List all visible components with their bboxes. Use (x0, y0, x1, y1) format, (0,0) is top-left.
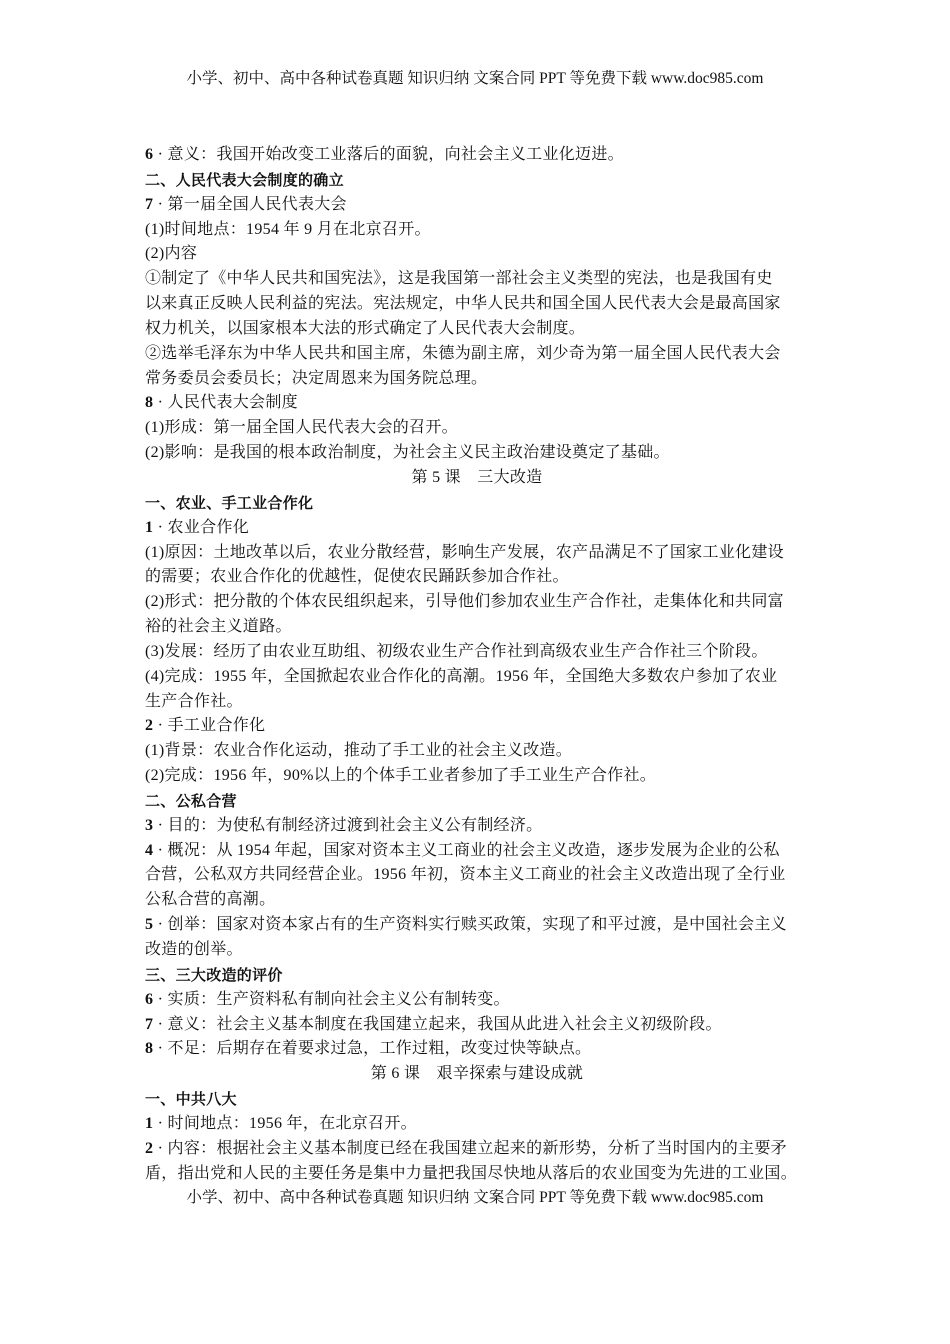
numbered-item: 2 · 内容：根据社会主义基本制度已经在我国建立起来的新形势，分析了当时国内的主… (145, 1137, 809, 1162)
text-line: 权力机关，以国家根本大法的形式确定了人民代表大会制度。 (145, 317, 809, 342)
text-line: 盾，指出党和人民的主要任务是集中力量把我国尽快地从落后的农业国变为先进的工业国。 (145, 1162, 809, 1187)
line-text: 裕的社会主义道路。 (145, 618, 292, 635)
line-text: (4)完成：1955 年，全国掀起农业合作化的高潮。1956 年，全国绝大多数农… (145, 668, 777, 685)
text-line: 裕的社会主义道路。 (145, 615, 809, 640)
line-text: · 概况：从 1954 年起，国家对资本主义工商业的社会主义改造，逐步发展为企业… (153, 842, 780, 859)
line-text: 改造的创举。 (145, 941, 243, 958)
text-line: 改造的创举。 (145, 938, 809, 963)
line-text: 公私合营的高潮。 (145, 891, 275, 908)
line-text: · 第一届全国人民代表大会 (153, 196, 347, 213)
text-line: 合营，公私双方共同经营企业。1956 年初，资本主义工商业的社会主义改造出现了全… (145, 863, 809, 888)
text-line: (3)发展：经历了由农业互助组、初级农业生产合作社到高级农业生产合作社三个阶段。 (145, 640, 809, 665)
line-text: (2)影响：是我国的根本政治制度，为社会主义民主政治建设奠定了基础。 (145, 444, 670, 461)
line-text: 的需要；农业合作化的优越性，促使农民踊跃参加合作社。 (145, 568, 569, 585)
line-text: 盾，指出党和人民的主要任务是集中力量把我国尽快地从落后的农业国变为先进的工业国。 (145, 1165, 797, 1182)
text-line: ①制定了《中华人民共和国宪法》，这是我国第一部社会主义类型的宪法，也是我国有史 (145, 267, 809, 292)
line-text: 常务委员会委员长；决定周恩来为国务院总理。 (145, 370, 487, 387)
numbered-item: 2 · 手工业合作化 (145, 714, 809, 739)
line-text: (1)时间地点：1954 年 9 月在北京召开。 (145, 221, 431, 238)
text-line: (2)影响：是我国的根本政治制度，为社会主义民主政治建设奠定了基础。 (145, 441, 809, 466)
line-text: (2)内容 (145, 245, 197, 262)
line-text: (3)发展：经历了由农业互助组、初级农业生产合作社到高级农业生产合作社三个阶段。 (145, 643, 768, 660)
text-line: ②选举毛泽东为中华人民共和国主席，朱德为副主席，刘少奇为第一届全国人民代表大会 (145, 342, 809, 367)
section-heading: 一、中共八大 (145, 1087, 809, 1112)
numbered-item: 3 · 目的：为使私有制经济过渡到社会主义公有制经济。 (145, 814, 809, 839)
text-line: (1)背景：农业合作化运动，推动了手工业的社会主义改造。 (145, 739, 809, 764)
text-line: (2)内容 (145, 242, 809, 267)
text-line: 公私合营的高潮。 (145, 888, 809, 913)
line-text: · 意义：社会主义基本制度在我国建立起来，我国从此进入社会主义初级阶段。 (153, 1016, 721, 1033)
line-text: · 手工业合作化 (153, 717, 265, 734)
numbered-item: 1 · 时间地点：1956 年，在北京召开。 (145, 1112, 809, 1137)
line-text: (1)原因：土地改革以后，农业分散经营，影响生产发展，农产品满足不了国家工业化建… (145, 544, 784, 561)
line-text: · 时间地点：1956 年，在北京召开。 (153, 1115, 417, 1132)
line-text: · 农业合作化 (153, 519, 249, 536)
line-text: 合营，公私双方共同经营企业。1956 年初，资本主义工商业的社会主义改造出现了全… (145, 866, 786, 883)
line-text: 以来真正反映人民利益的宪法。宪法规定，中华人民共和国全国人民代表大会是最高国家 (145, 295, 781, 312)
numbered-item: 1 · 农业合作化 (145, 516, 809, 541)
line-text: (2)形式：把分散的个体农民组织起来，引导他们参加农业生产合作社，走集体化和共同… (145, 593, 784, 610)
text-line: (1)形成：第一届全国人民代表大会的召开。 (145, 416, 809, 441)
line-text: · 不足：后期存在着要求过急，工作过粗，改变过快等缺点。 (153, 1040, 591, 1057)
numbered-item: 8 · 不足：后期存在着要求过急，工作过粗，改变过快等缺点。 (145, 1037, 809, 1062)
line-text: ②选举毛泽东为中华人民共和国主席，朱德为副主席，刘少奇为第一届全国人民代表大会 (145, 345, 781, 362)
text-line: 以来真正反映人民利益的宪法。宪法规定，中华人民共和国全国人民代表大会是最高国家 (145, 292, 809, 317)
text-line: 常务委员会委员长；决定周恩来为国务院总理。 (145, 367, 809, 392)
line-text: (1)背景：农业合作化运动，推动了手工业的社会主义改造。 (145, 742, 572, 759)
text-line: (4)完成：1955 年，全国掀起农业合作化的高潮。1956 年，全国绝大多数农… (145, 665, 809, 690)
section-heading: 一、农业、手工业合作化 (145, 491, 809, 516)
line-text: · 意义：我国开始改变工业落后的面貌，向社会主义工业化迈进。 (153, 146, 624, 163)
text-line: (1)原因：土地改革以后，农业分散经营，影响生产发展，农产品满足不了国家工业化建… (145, 541, 809, 566)
numbered-item: 6 · 实质：生产资料私有制向社会主义公有制转变。 (145, 988, 809, 1013)
text-line: 生产合作社。 (145, 690, 809, 715)
page-footer: 小学、初中、高中各种试卷真题 知识归纳 文案合同 PPT 等免费下载 www.d… (0, 1188, 950, 1208)
lesson-title: 第 6 课 艰辛探索与建设成就 (145, 1062, 809, 1087)
line-text: · 目的：为使私有制经济过渡到社会主义公有制经济。 (153, 817, 542, 834)
numbered-item: 5 · 创举：国家对资本家占有的生产资料实行赎买政策，实现了和平过渡，是中国社会… (145, 913, 809, 938)
line-text: 生产合作社。 (145, 693, 243, 710)
text-line: (2)完成：1956 年，90%以上的个体手工业者参加了手工业生产合作社。 (145, 764, 809, 789)
line-text: · 人民代表大会制度 (153, 394, 298, 411)
line-text: · 实质：生产资料私有制向社会主义公有制转变。 (153, 991, 510, 1008)
document-body: 6 · 意义：我国开始改变工业落后的面貌，向社会主义工业化迈进。二、人民代表大会… (145, 143, 809, 1186)
line-text: · 创举：国家对资本家占有的生产资料实行赎买政策，实现了和平过渡，是中国社会主义 (153, 916, 787, 933)
lesson-title: 第 5 课 三大改造 (145, 466, 809, 491)
numbered-item: 7 · 意义：社会主义基本制度在我国建立起来，我国从此进入社会主义初级阶段。 (145, 1013, 809, 1038)
text-line: 的需要；农业合作化的优越性，促使农民踊跃参加合作社。 (145, 565, 809, 590)
numbered-item: 8 · 人民代表大会制度 (145, 391, 809, 416)
numbered-item: 7 · 第一届全国人民代表大会 (145, 193, 809, 218)
section-heading: 三、三大改造的评价 (145, 963, 809, 988)
line-text: (2)完成：1956 年，90%以上的个体手工业者参加了手工业生产合作社。 (145, 767, 656, 784)
line-text: · 内容：根据社会主义基本制度已经在我国建立起来的新形势，分析了当时国内的主要矛 (153, 1140, 787, 1157)
line-text: ①制定了《中华人民共和国宪法》，这是我国第一部社会主义类型的宪法，也是我国有史 (145, 270, 773, 287)
numbered-item: 4 · 概况：从 1954 年起，国家对资本主义工商业的社会主义改造，逐步发展为… (145, 839, 809, 864)
text-line: (1)时间地点：1954 年 9 月在北京召开。 (145, 218, 809, 243)
section-heading: 二、人民代表大会制度的确立 (145, 168, 809, 193)
section-heading: 二、公私合营 (145, 789, 809, 814)
page-header: 小学、初中、高中各种试卷真题 知识归纳 文案合同 PPT 等免费下载 www.d… (0, 69, 950, 89)
numbered-item: 6 · 意义：我国开始改变工业落后的面貌，向社会主义工业化迈进。 (145, 143, 809, 168)
line-text: 权力机关，以国家根本大法的形式确定了人民代表大会制度。 (145, 320, 585, 337)
text-line: (2)形式：把分散的个体农民组织起来，引导他们参加农业生产合作社，走集体化和共同… (145, 590, 809, 615)
line-text: (1)形成：第一届全国人民代表大会的召开。 (145, 419, 458, 436)
